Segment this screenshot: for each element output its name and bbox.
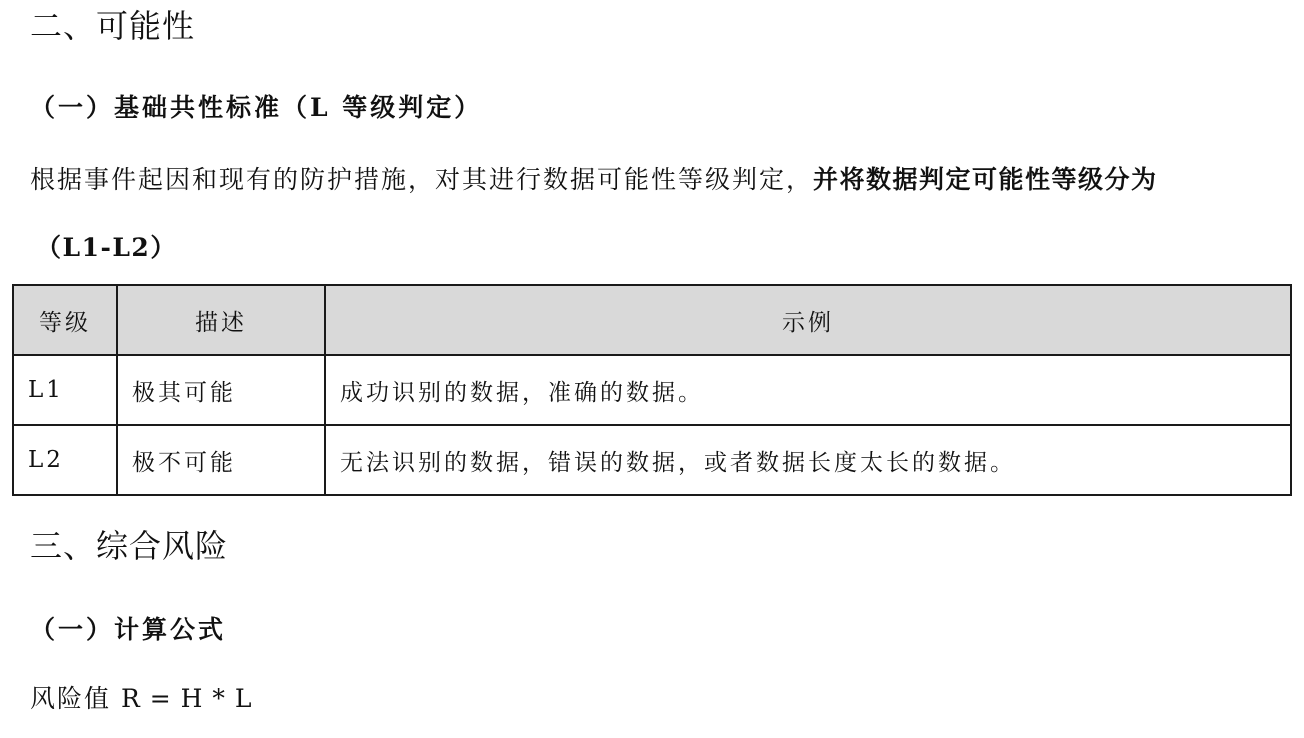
cell-description: 极不可能 [117, 425, 325, 495]
description-paragraph: 根据事件起因和现有的防护措施，对其进行数据可能性等级判定，并将数据判定可能性等级… [30, 164, 1290, 196]
section-heading-possibility: 二、可能性 [30, 6, 195, 46]
subsection-heading-formula: （一）计算公式 [30, 614, 226, 646]
formula-expression: R = H * L [121, 684, 252, 713]
table-row: L2 极不可能 无法识别的数据，错误的数据，或者数据长度太长的数据。 [13, 425, 1291, 495]
paragraph-bold-text: 并将数据判定可能性等级分为 [813, 165, 1158, 194]
possibility-level-table: 等级 描述 示例 L1 极其可能 成功识别的数据，准确的数据。 L2 极不可能 … [12, 284, 1292, 496]
table-header-row: 等级 描述 示例 [13, 285, 1291, 355]
paragraph-normal-text: 根据事件起因和现有的防护措施，对其进行数据可能性等级判定， [30, 165, 813, 194]
subsection-heading-basic-standard: （一）基础共性标准（L 等级判定） [30, 92, 482, 124]
formula-line: 风险值 R = H * L [30, 683, 1290, 715]
header-description: 描述 [117, 285, 325, 355]
header-example: 示例 [325, 285, 1291, 355]
level-range-text: （L1-L2） [36, 232, 1296, 264]
formula-label: 风险值 [30, 684, 111, 713]
cell-example: 无法识别的数据，错误的数据，或者数据长度太长的数据。 [325, 425, 1291, 495]
cell-level: L2 [13, 425, 117, 495]
section-heading-combined-risk: 三、综合风险 [30, 526, 228, 566]
cell-example: 成功识别的数据，准确的数据。 [325, 355, 1291, 425]
cell-description: 极其可能 [117, 355, 325, 425]
cell-level: L1 [13, 355, 117, 425]
header-level: 等级 [13, 285, 117, 355]
table-row: L1 极其可能 成功识别的数据，准确的数据。 [13, 355, 1291, 425]
